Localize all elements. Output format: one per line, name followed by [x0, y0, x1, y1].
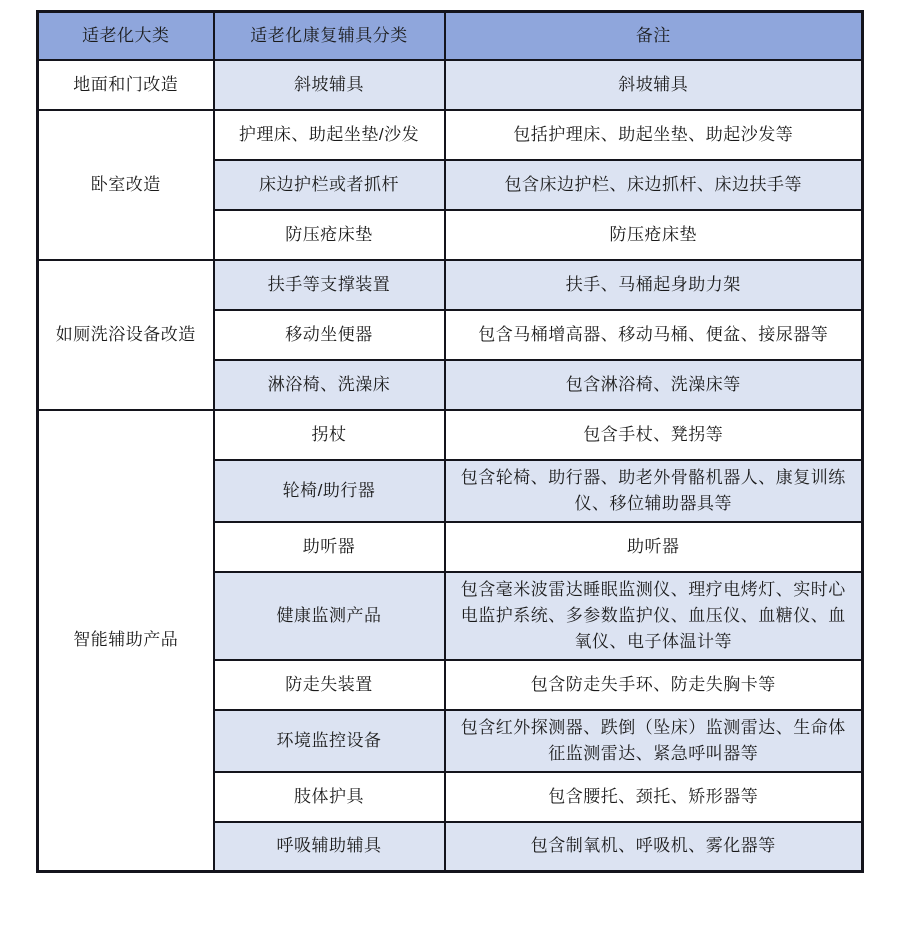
classification-cell: 助听器 [214, 522, 445, 572]
classification-cell: 淋浴椅、洗澡床 [214, 360, 445, 410]
classification-cell: 扶手等支撑装置 [214, 260, 445, 310]
remark-cell: 包含马桶增高器、移动马桶、便盆、接尿器等 [445, 310, 863, 360]
classification-cell: 护理床、助起坐垫/沙发 [214, 110, 445, 160]
remark-cell: 包含毫米波雷达睡眠监测仪、理疗电烤灯、实时心电监护系统、多参数监护仪、血压仪、血… [445, 572, 863, 660]
classification-cell: 拐杖 [214, 410, 445, 460]
classification-cell: 健康监测产品 [214, 572, 445, 660]
classification-cell: 斜坡辅具 [214, 60, 445, 110]
remark-cell: 包含淋浴椅、洗澡床等 [445, 360, 863, 410]
classification-cell: 防压疮床垫 [214, 210, 445, 260]
page: 适老化大类适老化康复辅具分类备注 地面和门改造斜坡辅具斜坡辅具卧室改造护理床、助… [0, 0, 900, 930]
classification-cell: 防走失装置 [214, 660, 445, 710]
remark-cell: 包含手杖、凳拐等 [445, 410, 863, 460]
remark-cell: 包含轮椅、助行器、助老外骨骼机器人、康复训练仪、移位辅助器具等 [445, 460, 863, 522]
remark-cell: 斜坡辅具 [445, 60, 863, 110]
header-cell-1: 适老化康复辅具分类 [214, 12, 445, 60]
table-row: 卧室改造护理床、助起坐垫/沙发包括护理床、助起坐垫、助起沙发等 [38, 110, 863, 160]
remark-cell: 包含制氧机、呼吸机、雾化器等 [445, 822, 863, 872]
remark-cell: 扶手、马桶起身助力架 [445, 260, 863, 310]
header-cell-0: 适老化大类 [38, 12, 214, 60]
remark-cell: 包括护理床、助起坐垫、助起沙发等 [445, 110, 863, 160]
remark-cell: 包含腰托、颈托、矫形器等 [445, 772, 863, 822]
remark-cell: 防压疮床垫 [445, 210, 863, 260]
table-body: 地面和门改造斜坡辅具斜坡辅具卧室改造护理床、助起坐垫/沙发包括护理床、助起坐垫、… [38, 60, 863, 872]
table-row: 地面和门改造斜坡辅具斜坡辅具 [38, 60, 863, 110]
remark-cell: 包含防走失手环、防走失胸卡等 [445, 660, 863, 710]
classification-cell: 移动坐便器 [214, 310, 445, 360]
classification-cell: 轮椅/助行器 [214, 460, 445, 522]
table-row: 智能辅助产品拐杖包含手杖、凳拐等 [38, 410, 863, 460]
remark-cell: 包含床边护栏、床边抓杆、床边扶手等 [445, 160, 863, 210]
classification-cell: 床边护栏或者抓杆 [214, 160, 445, 210]
category-cell-1: 卧室改造 [38, 110, 214, 260]
rehab-aids-table: 适老化大类适老化康复辅具分类备注 地面和门改造斜坡辅具斜坡辅具卧室改造护理床、助… [36, 10, 864, 873]
category-cell-2: 如厕洗浴设备改造 [38, 260, 214, 410]
classification-cell: 环境监控设备 [214, 710, 445, 772]
table-row: 如厕洗浴设备改造扶手等支撑装置扶手、马桶起身助力架 [38, 260, 863, 310]
category-cell-0: 地面和门改造 [38, 60, 214, 110]
header-row: 适老化大类适老化康复辅具分类备注 [38, 12, 863, 60]
remark-cell: 包含红外探测器、跌倒（坠床）监测雷达、生命体征监测雷达、紧急呼叫器等 [445, 710, 863, 772]
header-cell-2: 备注 [445, 12, 863, 60]
remark-cell: 助听器 [445, 522, 863, 572]
category-cell-3: 智能辅助产品 [38, 410, 214, 872]
table-header: 适老化大类适老化康复辅具分类备注 [38, 12, 863, 60]
classification-cell: 呼吸辅助辅具 [214, 822, 445, 872]
classification-cell: 肢体护具 [214, 772, 445, 822]
